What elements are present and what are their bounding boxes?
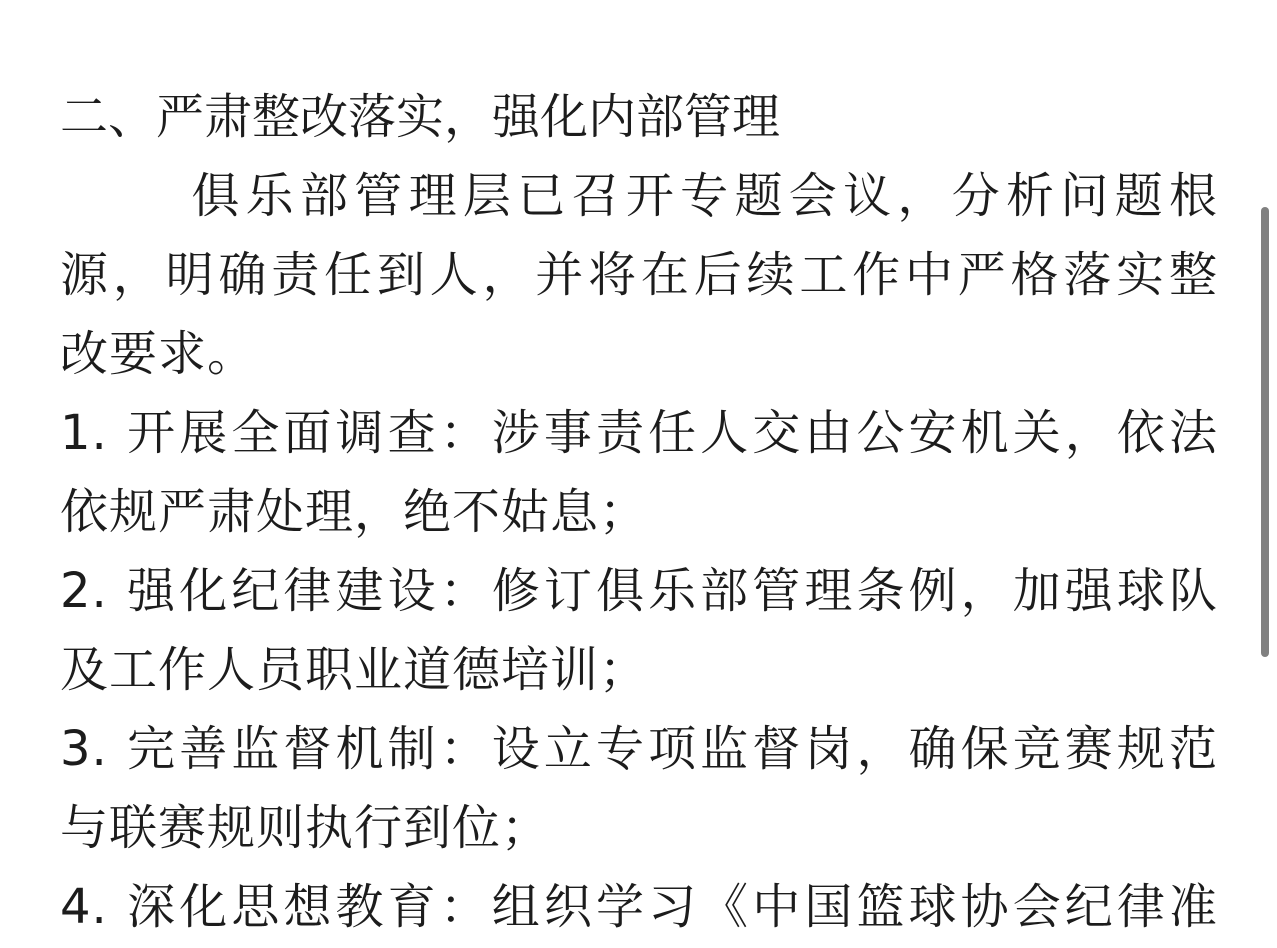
- intro-paragraph-line-2: 源，明确责任到人，并将在后续工作中严格落实整: [60, 236, 1218, 315]
- list-item-3-line-1: 3. 完善监督机制：设立专项监督岗，确保竞赛规范: [60, 710, 1218, 789]
- list-item-1-line-1: 1. 开展全面调查：涉事责任人交由公安机关，依法: [60, 394, 1218, 473]
- list-item-1-line-2: 依规严肃处理，绝不姑息；: [60, 473, 1218, 552]
- document-body: 二、严肃整改落实，强化内部管理 俱乐部管理层已召开专题会议，分析问题根 源，明确…: [60, 78, 1218, 947]
- intro-text-1: 俱乐部管理层已召开专题会议，分析问题根: [186, 168, 1218, 224]
- intro-paragraph-line-3: 改要求。: [60, 315, 1218, 394]
- list-item-4-line-1: 4. 深化思想教育：组织学习《中国篮球协会纪律准: [60, 868, 1218, 947]
- scrollbar-thumb[interactable]: [1261, 207, 1269, 657]
- intro-paragraph-line-1: 俱乐部管理层已召开专题会议，分析问题根: [60, 157, 1218, 236]
- list-item-2-line-2: 及工作人员职业道德培训；: [60, 631, 1218, 710]
- list-item-2-line-1: 2. 强化纪律建设：修订俱乐部管理条例，加强球队: [60, 552, 1218, 631]
- section-heading: 二、严肃整改落实，强化内部管理: [60, 78, 1218, 157]
- list-item-3-line-2: 与联赛规则执行到位；: [60, 789, 1218, 868]
